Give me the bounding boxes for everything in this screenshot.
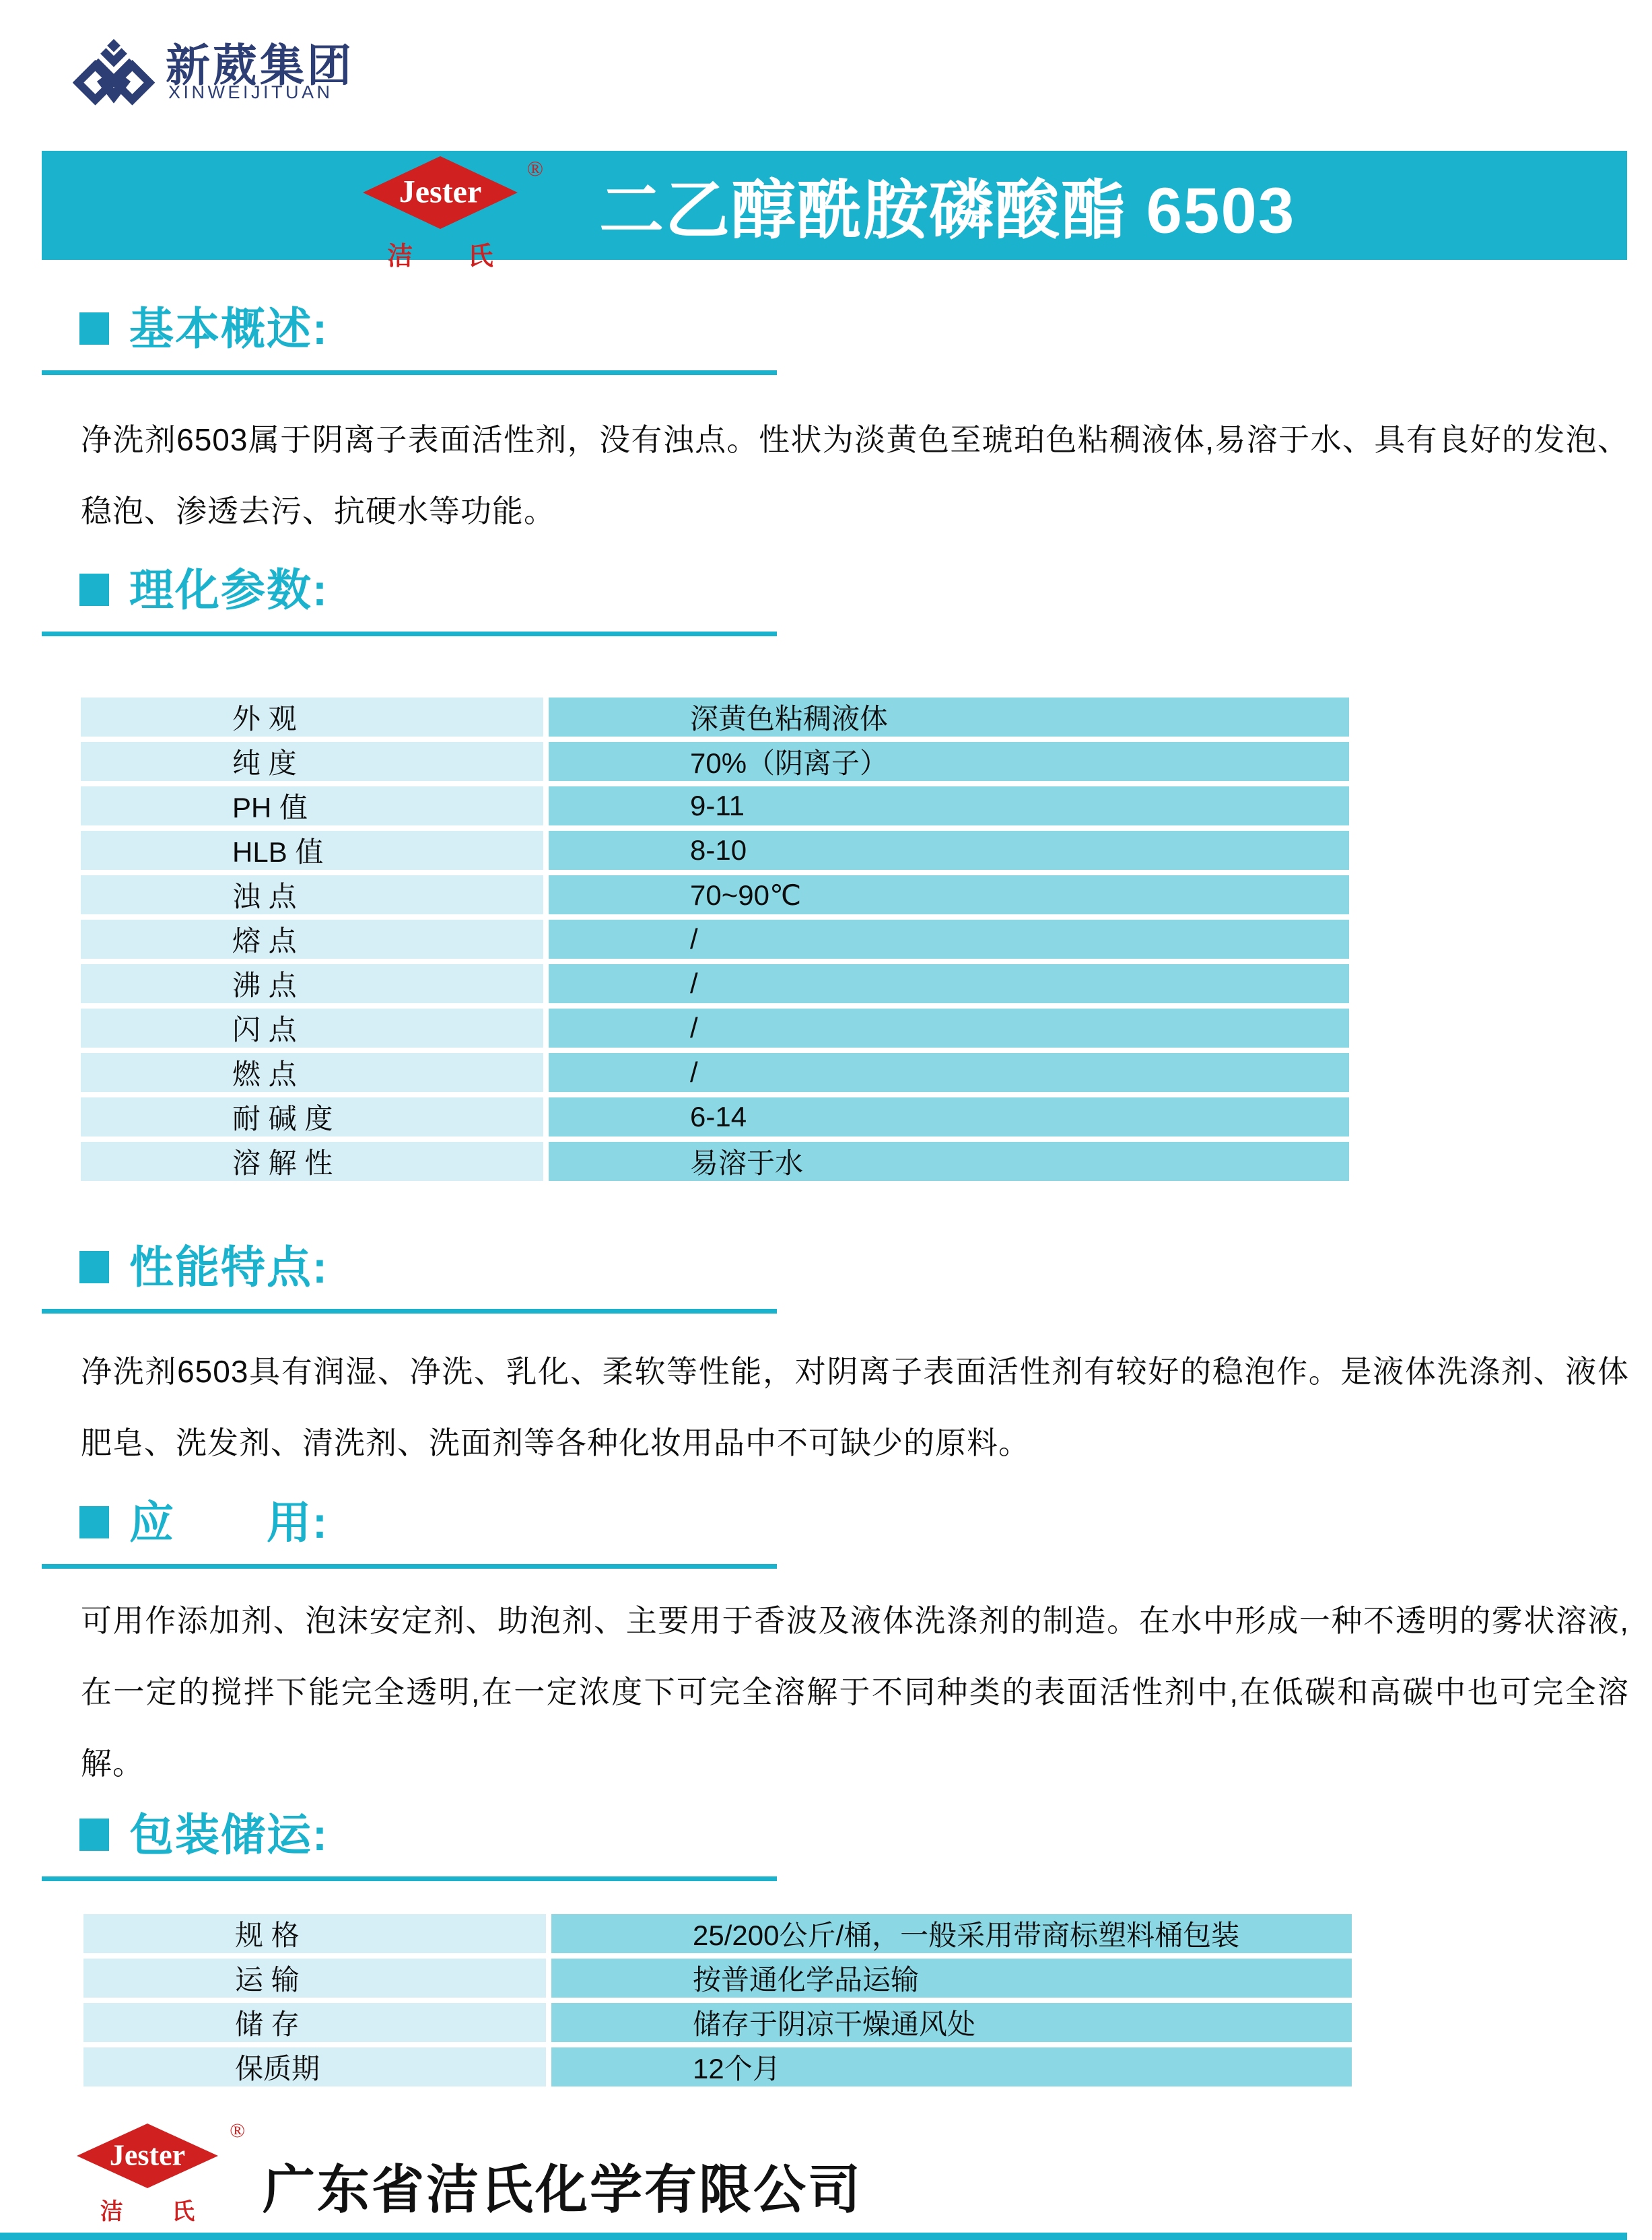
table-row: 溶 解 性 易溶于水 bbox=[81, 1142, 1349, 1181]
table-row: 燃 点 / bbox=[81, 1053, 1349, 1092]
param-label-cell: PH 值 bbox=[81, 786, 543, 825]
jester-sub-label: 洁 氏 bbox=[362, 235, 519, 272]
section-params-header: 理化参数: bbox=[42, 564, 777, 636]
packaging-label-cell: 运 输 bbox=[83, 1959, 546, 1998]
jester-sub-label: 洁 氏 bbox=[75, 2193, 219, 2226]
table-row: 耐 碱 度 6-14 bbox=[81, 1097, 1349, 1136]
section-params-heading: 理化参数: bbox=[129, 564, 329, 615]
packaging-value-cell: 储存于阴凉干燥通风处 bbox=[551, 2003, 1352, 2042]
chevron-diamond-icon bbox=[73, 35, 155, 108]
section-bullet-icon bbox=[79, 574, 109, 606]
param-label-cell: 外 观 bbox=[81, 698, 543, 737]
param-label-cell: 浊 点 bbox=[81, 875, 543, 914]
features-paragraph: 净洗剂6503具有润湿、净洗、乳化、柔软等性能，对阴离子表面活性剂有较好的稳泡作… bbox=[81, 1336, 1629, 1479]
param-value-cell: 易溶于水 bbox=[549, 1142, 1349, 1181]
section-features-heading: 性能特点: bbox=[129, 1242, 329, 1293]
param-value-cell: / bbox=[549, 1009, 1349, 1048]
section-bullet-icon bbox=[79, 1251, 109, 1283]
jester-name: Jester bbox=[399, 173, 482, 210]
brand-logo bbox=[73, 35, 155, 111]
table-row: 沸 点 / bbox=[81, 964, 1349, 1003]
section-bullet-icon bbox=[79, 312, 109, 345]
overview-paragraph: 净洗剂6503属于阴离子表面活性剂，没有浊点。性状为淡黄色至琥珀色粘稠液体,易溶… bbox=[81, 404, 1629, 547]
application-paragraph: 可用作添加剂、泡沫安定剂、助泡剂、主要用于香波及液体洗涤剂的制造。在水中形成一种… bbox=[81, 1585, 1629, 1799]
table-row: 闪 点 / bbox=[81, 1009, 1349, 1048]
table-row: 浊 点 70~90℃ bbox=[81, 875, 1349, 914]
packaging-table: 规 格 25/200公斤/桶，一般采用带商标塑料桶包装 运 输 按普通化学品运输… bbox=[83, 1914, 1352, 2086]
param-label-cell: HLB 值 bbox=[81, 831, 543, 870]
param-value-cell: 9-11 bbox=[549, 786, 1349, 825]
section-application-heading: 应 用: bbox=[129, 1497, 329, 1548]
table-row: 外 观 深黄色粘稠液体 bbox=[81, 698, 1349, 737]
param-label-cell: 沸 点 bbox=[81, 964, 543, 1003]
brand-name-en: XINWEIJITUAN bbox=[168, 82, 333, 103]
registered-trademark-icon: ® bbox=[527, 156, 543, 181]
registered-trademark-icon: ® bbox=[230, 2119, 245, 2142]
table-row: 纯 度 70%（阴离子） bbox=[81, 742, 1349, 781]
param-value-cell: / bbox=[549, 920, 1349, 959]
section-overview-heading: 基本概述: bbox=[129, 303, 329, 354]
table-row: HLB 值 8-10 bbox=[81, 831, 1349, 870]
packaging-label-cell: 储 存 bbox=[83, 2003, 546, 2042]
section-overview-header: 基本概述: bbox=[42, 303, 777, 375]
table-row: 储 存 储存于阴凉干燥通风处 bbox=[83, 2003, 1352, 2042]
company-name: 广东省洁氏化学有限公司 bbox=[263, 2148, 862, 2223]
table-row: 运 输 按普通化学品运输 bbox=[83, 1959, 1352, 1998]
packaging-value-cell: 按普通化学品运输 bbox=[551, 1959, 1352, 1998]
jester-logo: Jester ® 洁 氏 bbox=[362, 155, 519, 272]
table-row: PH 值 9-11 bbox=[81, 786, 1349, 825]
param-label-cell: 耐 碱 度 bbox=[81, 1097, 543, 1136]
section-features-header: 性能特点: bbox=[42, 1242, 777, 1314]
page-title: 二乙醇酰胺磷酸酯 6503 bbox=[599, 160, 1295, 252]
param-value-cell: 8-10 bbox=[549, 831, 1349, 870]
param-label-cell: 燃 点 bbox=[81, 1053, 543, 1092]
param-label-cell: 熔 点 bbox=[81, 920, 543, 959]
section-packaging-heading: 包装储运: bbox=[129, 1809, 329, 1860]
table-row: 规 格 25/200公斤/桶，一般采用带商标塑料桶包装 bbox=[83, 1914, 1352, 1953]
params-table: 外 观 深黄色粘稠液体 纯 度 70%（阴离子） PH 值 9-11 HLB 值… bbox=[81, 698, 1349, 1181]
param-value-cell: 深黄色粘稠液体 bbox=[549, 698, 1349, 737]
table-row: 熔 点 / bbox=[81, 920, 1349, 959]
section-bullet-icon bbox=[79, 1506, 109, 1538]
param-label-cell: 溶 解 性 bbox=[81, 1142, 543, 1181]
param-label-cell: 纯 度 bbox=[81, 742, 543, 781]
packaging-value-cell: 12个月 bbox=[551, 2047, 1352, 2086]
param-label-cell: 闪 点 bbox=[81, 1009, 543, 1048]
param-value-cell: 70~90℃ bbox=[549, 875, 1349, 914]
footer-jester-logo: Jester ® 洁 氏 bbox=[75, 2122, 219, 2226]
packaging-label-cell: 保质期 bbox=[83, 2047, 546, 2086]
param-value-cell: / bbox=[549, 1053, 1349, 1092]
jester-name: Jester bbox=[110, 2138, 185, 2173]
header-bar: Jester ® 洁 氏 二乙醇酰胺磷酸酯 6503 bbox=[42, 151, 1627, 260]
param-value-cell: 6-14 bbox=[549, 1097, 1349, 1136]
packaging-value-cell: 25/200公斤/桶，一般采用带商标塑料桶包装 bbox=[551, 1914, 1352, 1953]
section-packaging-header: 包装储运: bbox=[42, 1809, 777, 1881]
section-application-header: 应 用: bbox=[42, 1497, 777, 1569]
param-value-cell: / bbox=[549, 964, 1349, 1003]
param-value-cell: 70%（阴离子） bbox=[549, 742, 1349, 781]
section-bullet-icon bbox=[79, 1819, 109, 1851]
packaging-label-cell: 规 格 bbox=[83, 1914, 546, 1953]
table-row: 保质期 12个月 bbox=[83, 2047, 1352, 2086]
bottom-accent-bar bbox=[0, 2233, 1627, 2240]
product-datasheet-page: 新葳集团 XINWEIJITUAN Jester ® 洁 氏 二乙醇酰胺磷酸酯 … bbox=[0, 0, 1652, 2240]
